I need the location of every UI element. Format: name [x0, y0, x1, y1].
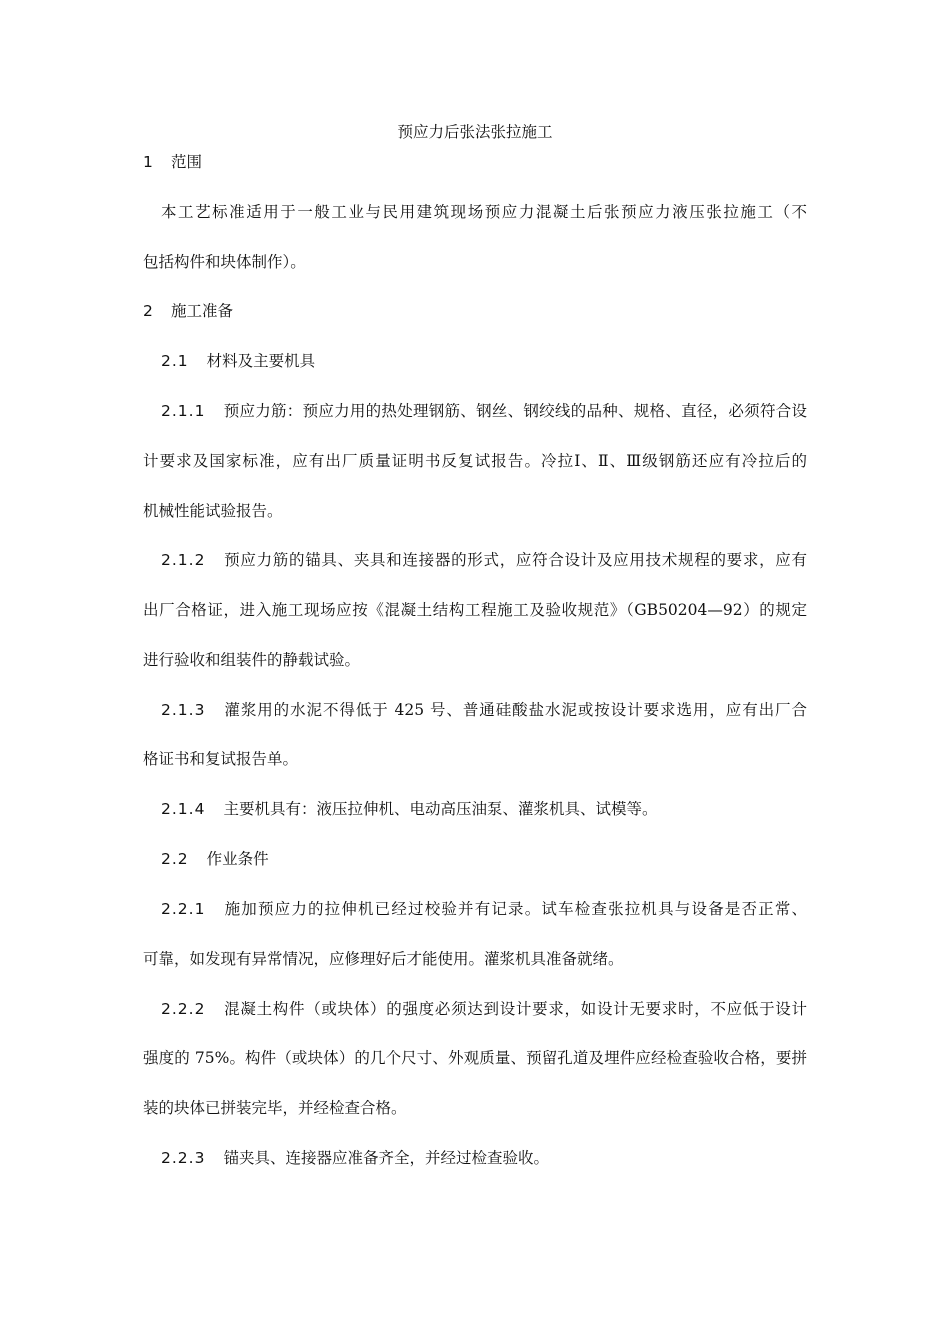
item-2-1-2: 2.1.2预应力筋的锚具、夹具和连接器的形式，应符合设计及应用技术规程的要求，应…: [143, 550, 807, 570]
paragraph-line: 出厂合格证，进入施工现场应按《混凝土结构工程施工及验收规范》（GB50204—9…: [143, 600, 807, 620]
section-title: 范围: [171, 153, 202, 171]
item-text: 主要机具有：液压拉伸机、电动高压油泵、灌浆机具、试模等。: [223, 800, 657, 818]
subsection-number: 2.2: [161, 850, 189, 868]
item-text: 灌浆用的水泥不得低于 425 号、普通硅酸盐水泥或按设计要求选用，应有出厂合: [223, 701, 807, 719]
section-number: 2: [143, 301, 171, 321]
section-number: 1: [143, 152, 171, 172]
paragraph-line: 进行验收和组装件的静载试验。: [143, 650, 807, 670]
item-text: 预应力筋：预应力用的热处理钢筋、钢丝、钢绞线的品种、规格、直径，必须符合设: [223, 402, 807, 420]
subsection-heading-2-1: 2.1材料及主要机具: [143, 351, 825, 371]
item-number: 2.1.4: [161, 800, 205, 818]
paragraph-line: 可靠，如发现有异常情况，应修理好后才能使用。灌浆机具准备就绪。: [143, 949, 807, 969]
paragraph-line: 包括构件和块体制作）。: [143, 252, 807, 272]
paragraph-line: 装的块体已拼装完毕，并经检查合格。: [143, 1098, 807, 1118]
item-2-1-3: 2.1.3灌浆用的水泥不得低于 425 号、普通硅酸盐水泥或按设计要求选用，应有…: [143, 700, 807, 720]
item-2-2-3: 2.2.3锚夹具、连接器应准备齐全，并经过检查验收。: [143, 1148, 825, 1168]
paragraph-line: 机械性能试验报告。: [143, 501, 807, 521]
paragraph-line: 计要求及国家标准，应有出厂质量证明书反复试报告。冷拉Ⅰ、Ⅱ、Ⅲ级钢筋还应有冷拉后…: [143, 451, 807, 471]
item-text: 锚夹具、连接器应准备齐全，并经过检查验收。: [223, 1149, 549, 1167]
item-number: 2.2.2: [161, 1000, 205, 1018]
item-2-1-1: 2.1.1预应力筋：预应力用的热处理钢筋、钢丝、钢绞线的品种、规格、直径，必须符…: [143, 401, 807, 421]
paragraph-line: 强度的 75%。构件（或块体）的几个尺寸、外观质量、预留孔道及埋件应经检查验收合…: [143, 1048, 807, 1068]
item-text: 混凝土构件（或块体）的强度必须达到设计要求，如设计无要求时，不应低于设计: [223, 1000, 807, 1018]
subsection-title: 作业条件: [207, 850, 269, 868]
document-title: 预应力后张法张拉施工: [0, 120, 950, 142]
item-number: 2.2.1: [161, 900, 205, 918]
subsection-heading-2-2: 2.2作业条件: [143, 849, 825, 869]
item-2-1-4: 2.1.4主要机具有：液压拉伸机、电动高压油泵、灌浆机具、试模等。: [143, 799, 825, 819]
item-text: 施加预应力的拉伸机已经过校验并有记录。试车检查张拉机具与设备是否正常、: [223, 900, 807, 918]
section-title: 施工准备: [171, 302, 233, 320]
item-number: 2.1.3: [161, 701, 205, 719]
item-2-2-1: 2.2.1施加预应力的拉伸机已经过校验并有记录。试车检查张拉机具与设备是否正常、: [143, 899, 807, 919]
item-number: 2.2.3: [161, 1149, 205, 1167]
paragraph-line: 本工艺标准适用于一般工业与民用建筑现场预应力混凝土后张预应力液压张拉施工（不: [143, 202, 807, 222]
subsection-title: 材料及主要机具: [207, 352, 316, 370]
document-page: 预应力后张法张拉施工 1范围 本工艺标准适用于一般工业与民用建筑现场预应力混凝土…: [0, 0, 950, 1344]
item-number: 2.1.2: [161, 551, 205, 569]
paragraph-line: 格证书和复试报告单。: [143, 749, 807, 769]
subsection-number: 2.1: [161, 352, 189, 370]
item-text: 预应力筋的锚具、夹具和连接器的形式，应符合设计及应用技术规程的要求，应有: [223, 551, 807, 569]
item-2-2-2: 2.2.2混凝土构件（或块体）的强度必须达到设计要求，如设计无要求时，不应低于设…: [143, 999, 807, 1019]
item-number: 2.1.1: [161, 402, 205, 420]
section-heading-1: 1范围: [143, 152, 807, 172]
section-heading-2: 2施工准备: [143, 301, 807, 321]
